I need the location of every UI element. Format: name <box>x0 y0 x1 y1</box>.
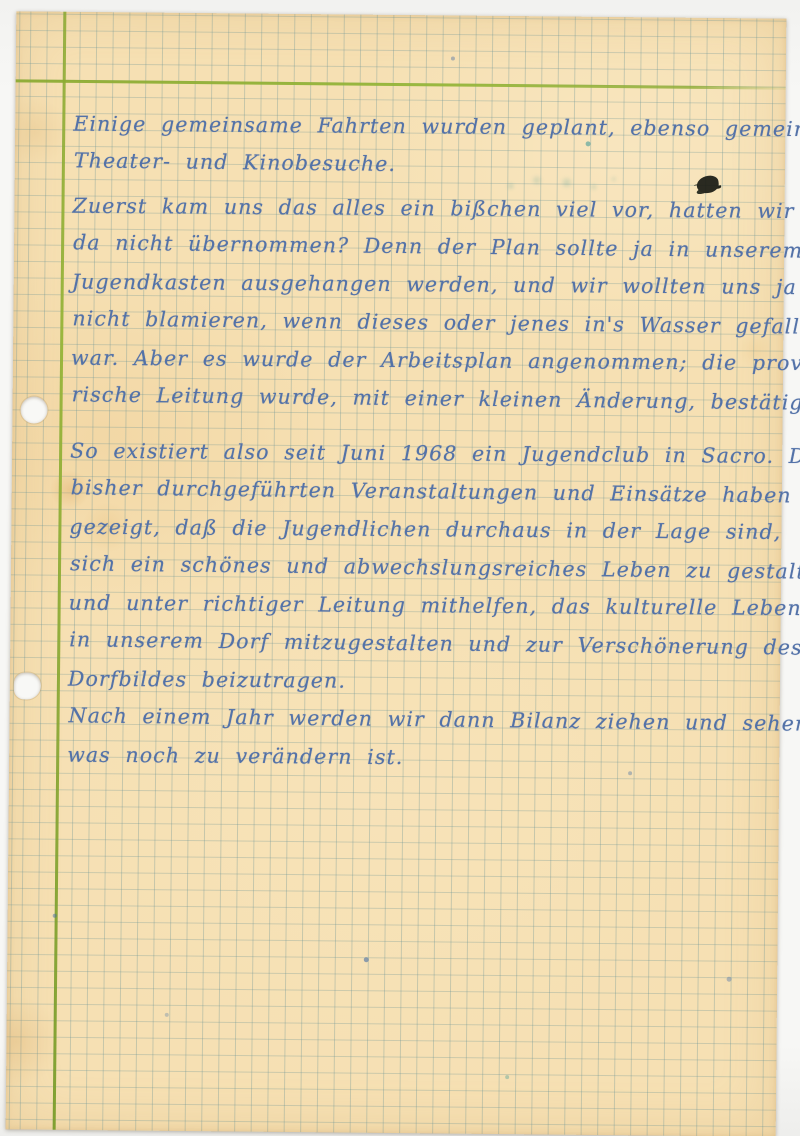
ink-specks <box>16 11 18 13</box>
handwritten-line: Theater- und Kinobesuche. <box>74 141 764 187</box>
handwritten-line: da nicht übernommen? Denn der Plan sollt… <box>73 223 763 269</box>
handwritten-line: in unserem Dorf mitzugestalten und zur V… <box>69 620 759 666</box>
handwritten-line: Nach einem Jahr werden wir dann Bilanz z… <box>68 696 758 742</box>
handwritten-line: Einige gemeinsame Fahrten wurden geplant… <box>73 105 763 148</box>
handwritten-line: Zuerst kam uns das alles ein bißchen vie… <box>72 187 762 230</box>
punch-hole-top <box>20 396 47 423</box>
scan-backdrop: Einige gemeinsame Fahrten wurden geplant… <box>0 0 800 1136</box>
handwritten-line: sich ein schönes und abwechslungsreiches… <box>70 544 760 590</box>
handwritten-line: nicht blamieren, wenn dieses oder jenes … <box>72 299 762 345</box>
handwritten-line: war. Aber es wurde der Arbeitsplan angen… <box>71 339 761 382</box>
handwritten-line: rische Leitung wurde, mit einer kleinen … <box>71 375 761 421</box>
paper-sheet: Einige gemeinsame Fahrten wurden geplant… <box>6 11 787 1136</box>
handwritten-line: gezeigt, daß die Jugendlichen durchaus i… <box>69 508 759 551</box>
handwritten-line: bisher durchgeführten Veranstaltungen un… <box>71 468 761 514</box>
handwritten-line: und unter richtiger Leitung mithelfen, d… <box>69 584 759 627</box>
handwritten-line: So existiert also seit Juni 1968 ein Jug… <box>70 432 760 475</box>
handwritten-line: was noch zu verändern ist. <box>67 736 757 779</box>
handwritten-line: Dorfbildes beizutragen. <box>68 660 758 703</box>
handwritten-text-block: Einige gemeinsame Fahrten wurden geplant… <box>67 104 763 780</box>
handwritten-line: Jugendkasten ausgehangen werden, und wir… <box>72 263 762 306</box>
